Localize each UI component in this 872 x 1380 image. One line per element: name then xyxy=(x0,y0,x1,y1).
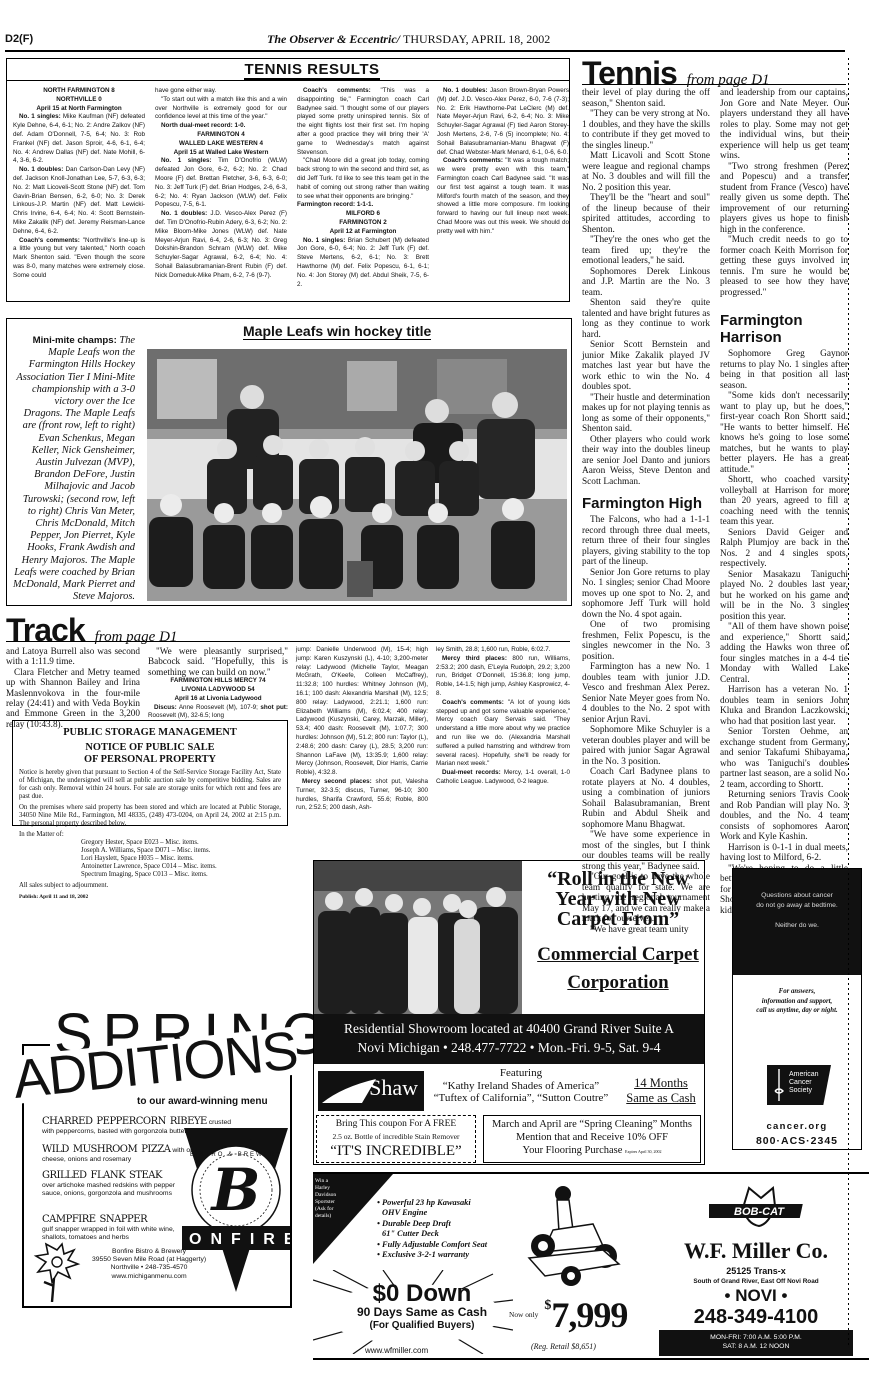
mower-price: Now only$7,999 xyxy=(509,1294,627,1336)
wf-miller-mower-ad: Win a Harley Davidson Sportster (Ask for… xyxy=(313,1172,869,1360)
cancer-ad-support-text: For answers, information and support, ca… xyxy=(733,987,861,1016)
hockey-team-photo xyxy=(147,349,567,601)
commercial-carpet-ad: “Roll in the New Year with New Carpet Fr… xyxy=(313,860,705,1165)
masthead: D2(F) The Observer & Eccentric/ THURSDAY… xyxy=(5,30,845,52)
dealer-directions: South of Grand River, East Off Novi Road xyxy=(643,1278,869,1285)
tennis-story-column-1: their level of play during the off seaso… xyxy=(582,88,710,935)
acs-phone: 800·ACS·2345 xyxy=(733,1135,861,1147)
carpet-headline: “Roll in the New Year with New Carpet Fr… xyxy=(532,869,704,929)
acs-logo: American Cancer Society xyxy=(767,1065,831,1105)
spring-cleaning-offer: March and April are “Spring Cleaning” Mo… xyxy=(483,1115,701,1163)
carpet-featuring: Featuring “Kathy Ireland Shades of Ameri… xyxy=(426,1067,616,1105)
dealer-name: W.F. Miller Co. xyxy=(643,1238,869,1264)
menu-item: campfire snappergulf snapper wrapped in … xyxy=(42,1210,182,1241)
svg-text:BONFIRE: BONFIRE xyxy=(182,1231,290,1248)
tennis-story-column-2: and leadership from our captains, Jon Go… xyxy=(720,88,848,916)
hockey-photo-feature: Mini-mite champs: The Maple Leafs won th… xyxy=(6,318,572,606)
track-column-2: "We were pleasantly surprised," Babcock … xyxy=(148,646,288,721)
results-column-3: Coach's comments: "This was a disappoint… xyxy=(297,87,429,289)
svg-text:B: B xyxy=(209,1156,260,1224)
menu-item: grilled flank steakover artichoke mashed… xyxy=(42,1166,182,1197)
sword-caduceus-icon xyxy=(773,1069,785,1101)
track-column-4: ley Smith, 28.8; 1,600 run, Roble, 6:02.… xyxy=(436,646,570,787)
wf-miller-url[interactable]: www.wfmiller.com xyxy=(365,1346,428,1355)
page-number: D2(F) xyxy=(5,33,33,45)
hockey-headline: Maple Leafs win hockey title xyxy=(243,323,431,340)
dealer-phone: 248-349-4100 xyxy=(643,1306,869,1329)
results-column-4: No. 1 doubles: Jason Brown-Bryan Powers … xyxy=(437,87,569,237)
track-jump-title: Track xyxy=(6,612,85,648)
track-column-1: and Latoya Burrell also was second with … xyxy=(6,646,140,729)
american-cancer-society-ad: Questions about cancer do not go away at… xyxy=(732,868,862,1150)
staff-photo-illustration xyxy=(314,861,522,1014)
dealer-address: 25125 Trans-x xyxy=(643,1266,869,1276)
financing-promo: $0 Down 90 Days Same as Cash (For Qualif… xyxy=(327,1282,517,1332)
dealer-hours: MON-FRI: 7:00 A.M. 5:00 P.M.SAT: 8 A.M. … xyxy=(659,1330,853,1356)
tennis-jump-title: Tennis xyxy=(582,55,677,91)
dealer-city: • NOVI • xyxy=(643,1286,869,1306)
stain-remover-coupon[interactable]: Bring This coupon For A FREE 2.5 oz. Bot… xyxy=(316,1115,476,1163)
cancer-ad-message: Questions about cancer do not go away at… xyxy=(733,869,861,975)
flame-flower-icon xyxy=(30,1242,84,1302)
subhead-farmington-high: Farmington High xyxy=(582,495,710,512)
acs-website[interactable]: cancer.org xyxy=(733,1121,861,1132)
results-column-1: NORTH FARMINGTON 8 NORTHVILLE 0 April 15… xyxy=(13,87,145,281)
paper-name: The Observer & Eccentric/ xyxy=(267,32,400,46)
zero-turn-mower-icon xyxy=(523,1180,625,1288)
bonfire-address: Bonfire Bistro & Brewery 39550 Seven Mil… xyxy=(92,1248,206,1281)
tennis-jump-header: Tennis from page D1 xyxy=(582,55,846,85)
paper-title: The Observer & Eccentric/ THURSDAY, APRI… xyxy=(267,32,550,47)
track-jump-header: Track from page D1 xyxy=(6,612,570,642)
notice-items: Gregory Hester, Space E023 – Misc. items… xyxy=(19,839,281,879)
tennis-results-title: TENNIS RESULTS xyxy=(7,59,569,81)
shaw-swoosh-icon xyxy=(322,1077,376,1105)
spring-subtitle: to our award-winning menu xyxy=(137,1096,268,1107)
svg-text:BOB-CAT: BOB-CAT xyxy=(734,1206,785,1218)
team-photo-illustration xyxy=(147,349,567,601)
bob-cat-logo: BOB-CAT xyxy=(709,1184,809,1234)
svg-text:BISTRO & BREWERY: BISTRO & BREWERY xyxy=(190,1152,282,1158)
track-jump-from: from page D1 xyxy=(95,629,178,645)
column-edge-rule xyxy=(848,58,849,1348)
issue-date: THURSDAY, APRIL 18, 2002 xyxy=(403,32,550,46)
tennis-jump-from: from page D1 xyxy=(687,72,770,88)
results-column-2: have gone either way. "To start out with… xyxy=(155,87,287,281)
retail-price: (Reg. Retail $8,651) xyxy=(531,1342,596,1351)
tennis-results-box: TENNIS RESULTS NORTH FARMINGTON 8 NORTHV… xyxy=(6,58,570,302)
carpet-company-name: Commercial CarpetCorporation xyxy=(530,941,706,997)
carpet-showroom-bar: Residential Showroom located at 40400 Gr… xyxy=(314,1014,704,1064)
hockey-caption: Mini-mite champs: The Maple Leafs won th… xyxy=(13,335,135,603)
bonfire-spring-additions-ad: SPRING ADDITIONS to our award-winning me… xyxy=(22,1010,292,1310)
financing-offer: 14 MonthsSame as Cash xyxy=(619,1076,703,1106)
mower-features: • Powerful 23 hp Kawasaki OHV Engine • D… xyxy=(377,1198,487,1260)
carpet-staff-photo xyxy=(314,861,522,1014)
public-sale-notice: PUBLIC STORAGE MANAGEMENT NOTICE OF PUBL… xyxy=(12,720,288,826)
subhead-farmington-harrison: Farmington Harrison xyxy=(720,312,848,346)
shaw-logo: Shaw xyxy=(318,1071,424,1111)
track-column-3: jump: Danielle Underwood (M), 15-4; high… xyxy=(296,646,428,813)
